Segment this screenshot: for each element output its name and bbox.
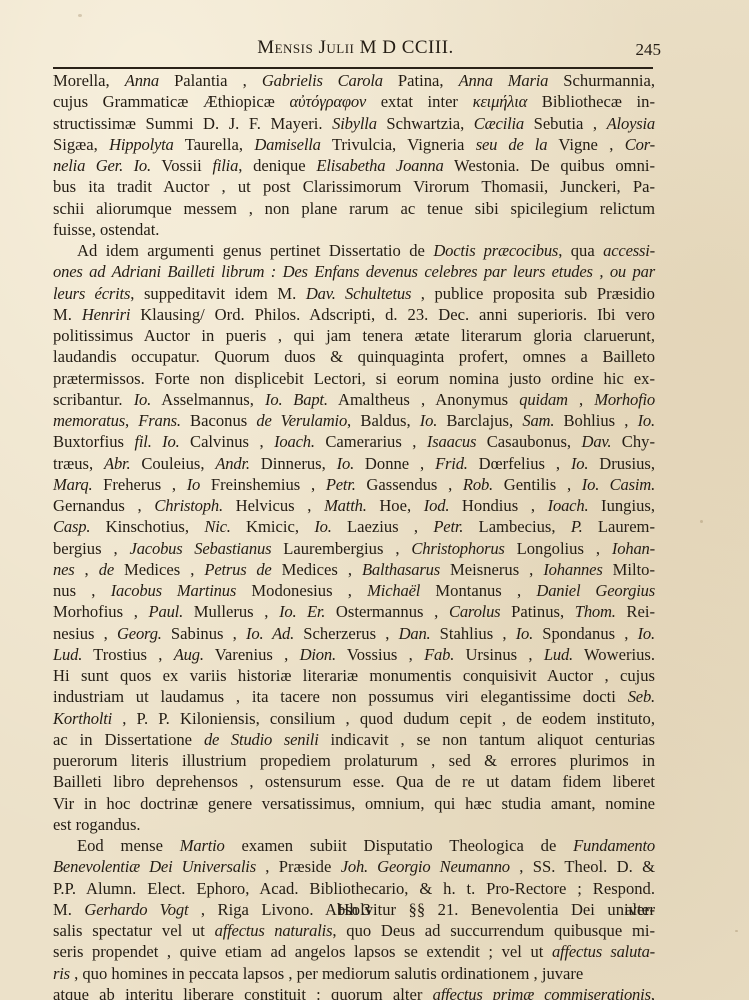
italic-run: Io. [162,432,179,451]
roman-run: træus, [53,454,104,473]
italic-run: Daniel Georgius [536,581,655,600]
roman-run: Trivulcia, Vigneria [321,135,476,154]
italic-run: de Studio senili [204,730,319,749]
italic-run: Georg. [117,624,162,643]
italic-run: Andr. [215,454,250,473]
text-line: bus ita tradit Auctor , ut post Clarissi… [53,176,655,197]
roman-run: Casaubonus, [476,432,581,451]
roman-run: , [75,560,99,579]
italic-run: Frans. [138,411,181,430]
italic-run: Matth. [324,496,367,515]
italic-run: Paul. [149,602,184,621]
roman-run: , [568,390,594,409]
text-line: prætermissos. Forte non displicebit Lect… [53,368,655,389]
italic-run: nelia Ger. Io. [53,156,151,175]
roman-run: Chy- [611,432,655,451]
italic-run: Casp. [53,517,90,536]
text-line: memoratus, Frans. Baconus de Verulamio, … [53,410,655,431]
italic-run: Io. Ad. [246,624,294,643]
italic-run: filia [212,156,238,175]
text-line: nes , de Medices , Petrus de Medices , B… [53,559,655,580]
italic-run: nes [53,560,75,579]
italic-run: accessi- [603,241,655,260]
roman-run: Baconus [181,411,257,430]
roman-run: , denique [238,156,316,175]
italic-run: Nic. [204,517,230,536]
roman-run: Sabinus , [162,624,246,643]
roman-run: Medices , [272,560,362,579]
text-line: ac in Dissertatione de Studio senili ind… [53,729,655,750]
roman-run: politissimus Auctor in pueris , qui jam … [53,326,655,345]
text-line: structissimæ Summi D. J. F. Mayeri. Siby… [53,113,655,134]
roman-run: schii aliorumque messem , non plane raru… [53,199,655,218]
paper-blemish [700,520,703,523]
roman-run: Ad idem argumenti genus pertinet Dissert… [77,241,433,260]
roman-run: , publice proposita sub Præsidio [411,284,655,303]
roman-run: est rogandus. [53,815,141,834]
roman-run: Freinshemius , [200,475,326,494]
text-line: Lud. Trostius , Aug. Varenius , Dion. Vo… [53,644,655,665]
italic-run: Io. [134,390,151,409]
italic-run: Lud. [53,645,82,664]
italic-run: ones ad Adriani Bailleti librum : Des En… [53,262,655,281]
italic-run: Aloysia [607,114,655,133]
roman-run: Patinus, [500,602,574,621]
roman-run: Sebutia , [524,114,607,133]
roman-run: Gernandus , [53,496,154,515]
roman-run: Vossius , [336,645,424,664]
roman-run: , Baldus, [347,411,420,430]
italic-run: Io. [638,411,655,430]
roman-run: , P. P. Kiloniensis, consilium , quod du… [112,709,655,728]
italic-run: Benevolentiæ Dei Universalis [53,857,256,876]
roman-run: puerorum literis illustrium propediem pr… [53,751,655,770]
roman-run: atque ab interitu liberare constituit : … [53,985,433,1000]
italic-run: quidam [519,390,568,409]
roman-run: Stahlius , [431,624,516,643]
italic-run: Iod. [424,496,449,515]
roman-run: Donne , [354,454,435,473]
roman-run: Laurem- [583,517,655,536]
roman-run: Bailleti libro deprehensos , ostensurum … [53,772,655,791]
text-line: puerorum literis illustrium propediem pr… [53,750,655,771]
italic-run: Io. [571,454,588,473]
italic-run: Isaacus [427,432,476,451]
italic-run: Io. [638,624,655,643]
roman-run: Helvicus , [223,496,324,515]
italic-run: Io. Bapt. [265,390,328,409]
italic-run: Damisella [254,135,320,154]
roman-run: Buxtorfius [53,432,134,451]
italic-run: Joh. Georgio Neumanno [341,857,510,876]
italic-run: Frid. [435,454,468,473]
roman-run: Montanus , [420,581,536,600]
text-line: leurs écrits, suppeditavit idem M. Dav. … [53,283,655,304]
text-line: Buxtorfius fil. Io. Calvinus , Ioach. Ca… [53,431,655,452]
text-line: scribantur. Io. Asselmannus, Io. Bapt. A… [53,389,655,410]
text-line: atque ab interitu liberare constituit : … [53,984,655,1000]
italic-run: ris [53,964,70,983]
italic-run: Dav. [582,432,612,451]
roman-run: Schurmannia, [548,71,655,90]
text-line: nus , Iacobus Martinus Modonesius , Mich… [53,580,655,601]
roman-run: Hoe, [367,496,424,515]
italic-run: P. [571,517,583,536]
roman-run: Dœrfelius , [468,454,571,473]
roman-run: , suppeditavit idem M. [130,284,306,303]
roman-run: Drusius, [588,454,655,473]
italic-run: Lud. [544,645,573,664]
italic-run: Balthasarus [362,560,440,579]
italic-run: Anna [125,71,159,90]
italic-run: κειμήλια [473,92,528,111]
roman-run: Klausing/ Ord. Philos. Adscripti, d. 23.… [130,305,655,324]
roman-run: Longolius , [505,539,612,558]
roman-run: Vigne , [547,135,624,154]
page-number: 245 [636,40,662,60]
italic-run: Hippolyta [109,135,174,154]
italic-run: Christoph. [154,496,223,515]
roman-run: seris propendet , quive etiam ad angelos… [53,942,552,961]
roman-run: Laezius , [332,517,434,536]
header-rule [53,67,653,69]
italic-run: Elisabetha Joanna [316,156,443,175]
text-line: nesius , Georg. Sabinus , Io. Ad. Scherz… [53,623,655,644]
text-line: M. Henriri Klausing/ Ord. Philos. Adscri… [53,304,655,325]
italic-run: Dav. Schultetus [306,284,411,303]
page-header: Mensis Julii M D CCIII. 245 [53,28,658,56]
italic-run: Ioach. [548,496,589,515]
roman-run: Eod mense [77,836,180,855]
roman-run: Hi sunt quos ex variis historiæ literari… [53,666,655,685]
roman-run: Vossii [151,156,212,175]
italic-run: affectus primæ commiserationis [433,985,651,1000]
roman-run: Scherzerus , [294,624,399,643]
italic-run: Kortholti [53,709,112,728]
roman-run: Camerarius , [315,432,427,451]
text-line: fuisse, ostendat. [53,219,655,240]
roman-run: Hondius , [449,496,547,515]
italic-run: fil. [134,432,151,451]
text-line: Morella, Anna Palantia , Gabrielis Carol… [53,70,655,91]
roman-run: Calvinus , [180,432,275,451]
roman-run: M. [53,305,82,324]
roman-run: , [125,411,138,430]
italic-run: Henriri [82,305,130,324]
italic-run: Ioach. [274,432,315,451]
roman-run: industriam ut laudamus , ita tacere non … [53,687,628,706]
italic-run: Gabrielis Carola [262,71,383,90]
roman-run: nus , [53,581,111,600]
roman-run: , qua [558,241,603,260]
roman-run: Varenius , [204,645,300,664]
roman-run: scribantur. [53,390,134,409]
italic-run: leurs écrits [53,284,130,303]
text-line: Kortholti , P. P. Kiloniensis, consilium… [53,708,655,729]
text-line: Morhofius , Paul. Mullerus , Io. Er. Ost… [53,601,655,622]
italic-run: affectus saluta- [552,942,655,961]
text-line: Vir in hoc doctrinæ genere versatissimus… [53,793,655,814]
roman-run: bus ita tradit Auctor , ut post Clarissi… [53,177,655,196]
roman-run: ac in Dissertatione [53,730,204,749]
roman-run: laudandis occupatur. Quorum duos & quinq… [53,347,655,366]
italic-run: memoratus [53,411,125,430]
italic-run: Seb. [628,687,655,706]
roman-run: , quo homines in peccata lapsos , per me… [70,964,583,983]
text-line: Benevolentiæ Dei Universalis , Præside J… [53,856,655,877]
text-line: P.P. Alumn. Elect. Ephoro, Acad. Bibliot… [53,878,655,899]
roman-run: Spondanus , [533,624,638,643]
roman-run [152,432,162,451]
italic-run: Dan. [399,624,431,643]
roman-run: Kmicic, [231,517,315,536]
italic-run: Carolus [449,602,500,621]
roman-run: Morella, [53,71,125,90]
roman-run: Vir in hoc doctrinæ genere versatissimus… [53,794,655,813]
italic-run: Sibylla [332,114,377,133]
italic-run: Io. [420,411,437,430]
roman-run: bergius , [53,539,130,558]
catchword: alter [625,900,655,920]
roman-run: Modonesius , [236,581,367,600]
roman-run: Palantia , [159,71,262,90]
text-line: industriam ut laudamus , ita tacere non … [53,686,655,707]
text-line: Ad idem argumenti genus pertinet Dissert… [53,240,655,261]
roman-run: examen subiit Disputatio Theologica de [225,836,573,855]
italic-run: Petr. [326,475,356,494]
roman-run: Morhofius , [53,602,149,621]
roman-run: nesius , [53,624,117,643]
italic-run: Doctis præcocibus [433,241,558,260]
text-line: ones ad Adriani Bailleti librum : Des En… [53,261,655,282]
italic-run: Christophorus [411,539,504,558]
text-line: politissimus Auctor in pueris , qui jam … [53,325,655,346]
italic-run: Iacobus Martinus [111,581,236,600]
text-line: Sigæa, Hippolyta Taurella, Damisella Tri… [53,134,655,155]
roman-run: prætermissos. Forte non displicebit Lect… [53,369,655,388]
italic-run: de [99,560,114,579]
paper-blemish [78,14,82,17]
italic-run: de Verulamio [256,411,347,430]
roman-run: , Præside [256,857,341,876]
signature-mark: Hh 3 [53,900,655,920]
page-footer: Hh 3 alter [53,900,655,924]
italic-run: seu de la [476,135,548,154]
italic-run: Petr. [433,517,463,536]
roman-run: Meisnerus , [440,560,543,579]
italic-run: Io. [337,454,354,473]
italic-run: αὐτόγραφον [289,92,366,111]
roman-run: Westonia. De quibus omni- [444,156,655,175]
text-line: træus, Abr. Couleius, Andr. Dinnerus, Io… [53,453,655,474]
text-line: seris propendet , quive etiam ad angelos… [53,941,655,962]
roman-run: Sigæa, [53,135,109,154]
italic-run: Anna Maria [459,71,549,90]
roman-run: Laurembergius , [271,539,411,558]
text-line: Marq. Freherus , Io Freinshemius , Petr.… [53,474,655,495]
roman-run: Taurella, [174,135,255,154]
roman-run: Milto- [603,560,655,579]
roman-run: Lambecius, [463,517,571,536]
roman-run: Freherus , [92,475,186,494]
roman-run: Patina, [383,71,459,90]
roman-run: Ostermannus , [325,602,449,621]
roman-run: indicavit , se non tantum aliquot centur… [319,730,655,749]
roman-run: Bohlius , [554,411,637,430]
roman-run: Kinschotius, [90,517,204,536]
italic-run: Petrus de [204,560,271,579]
italic-run: Morhofio [594,390,655,409]
italic-run: Cor- [625,135,655,154]
italic-run: Sam. [522,411,554,430]
running-title: Mensis Julii M D CCIII. [53,37,658,59]
italic-run: Io [187,475,200,494]
italic-run: Jacobus Sebastianus [130,539,272,558]
italic-run: Io. Er. [279,602,325,621]
italic-run: Thom. [575,602,616,621]
roman-run: Medices , [114,560,204,579]
roman-run: Wowerius. [573,645,655,664]
italic-run: Io. [516,624,533,643]
text-line: cujus Grammaticæ Æthiopicæ αὐτόγραφον ex… [53,91,655,112]
roman-run: cujus Grammaticæ Æthiopicæ [53,92,289,111]
roman-run: Couleius, [130,454,215,473]
italic-run: Io. Casim. [582,475,655,494]
roman-run: Gentilis , [493,475,582,494]
text-line: Eod mense Martio examen subiit Disputati… [53,835,655,856]
text-line: Casp. Kinschotius, Nic. Kmicic, Io. Laez… [53,516,655,537]
roman-run: Ursinus , [454,645,544,664]
italic-run: Iohan- [612,539,655,558]
roman-run: extat inter [366,92,472,111]
roman-run: Schwartzia, [377,114,474,133]
roman-run: Mullerus , [183,602,279,621]
text-line: Bailleti libro deprehensos , ostensurum … [53,771,655,792]
text-line: nelia Ger. Io. Vossii filia, denique Eli… [53,155,655,176]
italic-run: Fundamento [573,836,655,855]
roman-run: Gassendus , [356,475,463,494]
roman-run: Bibliothecæ in- [527,92,655,111]
text-line: schii aliorumque messem , non plane raru… [53,198,655,219]
italic-run: Marq. [53,475,92,494]
roman-run: Amaltheus , Anonymus [328,390,519,409]
paper-blemish [735,930,738,932]
roman-run: Dinnerus, [250,454,337,473]
roman-run: , [651,985,655,1000]
roman-run: , SS. Theol. D. & [510,857,655,876]
italic-run: Abr. [104,454,130,473]
text-line: est rogandus. [53,814,655,835]
text-line: Gernandus , Christoph. Helvicus , Matth.… [53,495,655,516]
roman-run: Rei- [616,602,655,621]
text-line: ris , quo homines in peccata lapsos , pe… [53,963,655,984]
italic-run: Dion. [300,645,336,664]
roman-run: Trostius , [82,645,174,664]
italic-run: Cæcilia [474,114,524,133]
italic-run: Io. [314,517,331,536]
italic-run: Iohannes [543,560,602,579]
italic-run: Rob. [463,475,493,494]
text-line: bergius , Jacobus Sebastianus Lauremberg… [53,538,655,559]
body-text: Morella, Anna Palantia , Gabrielis Carol… [53,70,655,1000]
roman-run: Asselmannus, [151,390,265,409]
italic-run: Martio [180,836,225,855]
roman-run: Barclajus, [437,411,522,430]
text-line: laudandis occupatur. Quorum duos & quinq… [53,346,655,367]
roman-run: Iungius, [588,496,655,515]
italic-run: Aug. [174,645,204,664]
roman-run: P.P. Alumn. Elect. Ephoro, Acad. Bibliot… [53,879,655,898]
text-line: Hi sunt quos ex variis historiæ literari… [53,665,655,686]
roman-run: structissimæ Summi D. J. F. Mayeri. [53,114,332,133]
italic-run: Fab. [424,645,454,664]
italic-run: Michaël [367,581,420,600]
book-page: Mensis Julii M D CCIII. 245 Morella, Ann… [0,0,749,1000]
roman-run: fuisse, ostendat. [53,220,159,239]
